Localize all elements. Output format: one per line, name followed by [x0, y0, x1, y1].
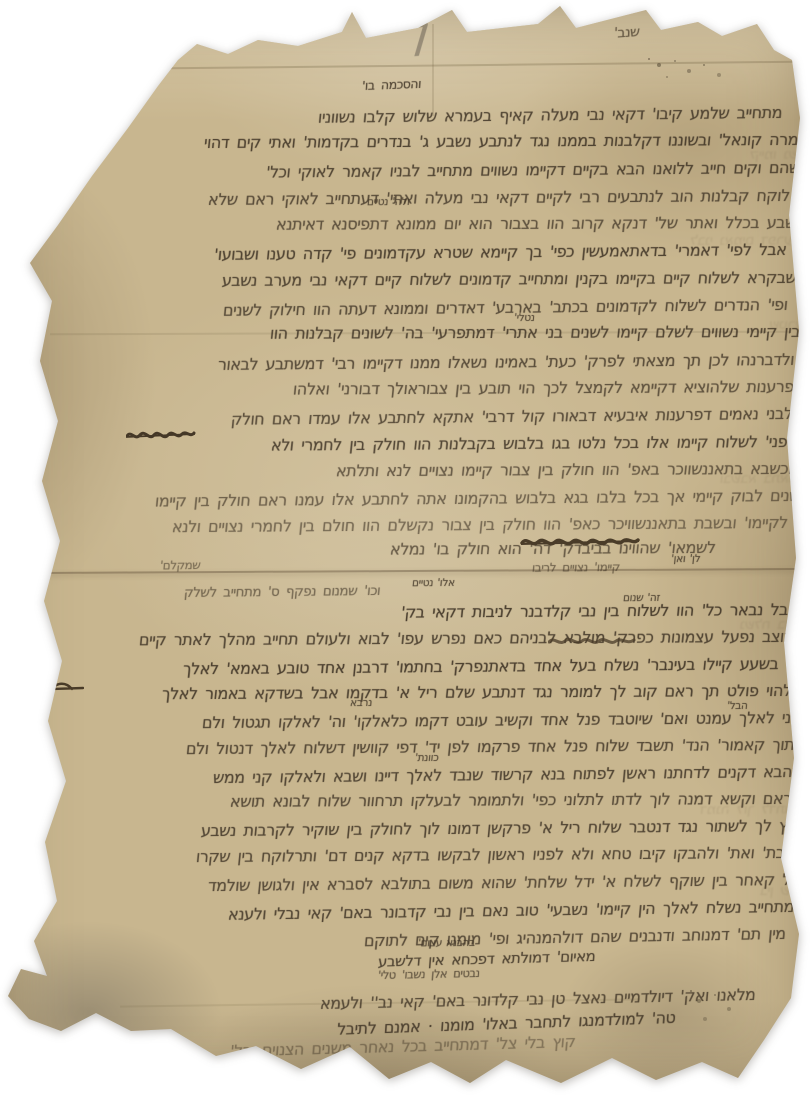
manuscript-line: דהבא דקנים לדחתנו ראשן לפתוח בנא קרשוד ש…	[212, 762, 801, 787]
manuscript-line: נבטים אלן נשבו' טלי'	[378, 966, 481, 982]
manuscript-line: לקיימו' ובשבת בתאננשוויכר כאפ' הוו חולק …	[171, 513, 788, 536]
manuscript-line: בין קיימי נשווים לשלם קיימו לשנים בני את…	[269, 322, 801, 343]
scanned-manuscript-photo: 7 שנב' והסכמה בו' קיימו נשבעים לשלם בין …	[0, 0, 810, 1100]
manuscript-line: קיימו' נצויים לריבו	[532, 560, 621, 575]
text-layer: קיימו נשבעים לשלם בין צבור ממונא דקאי נב…	[0, 0, 810, 1100]
interlinear-insertion: ולה' נטיים	[367, 196, 411, 208]
manuscript-line: וכו' שמנום נפקף ס' מתחייב לשלק	[183, 583, 381, 601]
manuscript-line: מרה קונאל' ובשוננו דקלבנות בממנו נגד לנת…	[203, 130, 799, 152]
manuscript-line: שמקלם'	[159, 558, 201, 573]
manuscript-line: אבל לפי' דאמרי' בדאתאמעשין כפי' בך קיימא…	[213, 240, 787, 264]
manuscript-line: שבקרא לשלוח קיים בקיימו בקנין ומתחייב קד…	[221, 268, 797, 290]
manuscript-line: מפני' לשלוח קיימו אלו בכל נלטו בגו בלבוש…	[270, 432, 798, 455]
interlinear-insertion: בהבנא עצום'	[418, 937, 476, 949]
interlinear-insertion: לן' ואן'	[670, 553, 700, 565]
manuscript-line: בל קאחר בין שוקף לשלח א' ידל שלחת' שהוא …	[208, 870, 801, 895]
interlinear-insertion: כוונת'	[414, 752, 439, 764]
ink-scribble-crossout	[126, 428, 196, 442]
manuscript-line: שבת' ואת' ולהבקו קיבו טחא ולא לפניו ראשו…	[196, 843, 797, 866]
manuscript-line: מתחייב נשלח לאלך הין קיימו' נשבעי' טוב נ…	[227, 897, 795, 924]
manuscript-line: תוך קאמור' הנד' תשבד שלוח פנל אחד פרקמו …	[185, 735, 795, 758]
interlinear-insertion: הבל'	[727, 700, 749, 712]
manuscript-line: שהם וקים חייב ללואנו הבא בקיים דקיימו נש…	[265, 158, 801, 182]
manuscript-line: נוצב נפעל עצמונות כפרק' מולבא לבניהם כאם…	[138, 627, 791, 649]
manuscript-line: קוץ בלי צל' דמתחייב בכל נאחר משנים הצנוי…	[229, 1032, 576, 1061]
manuscript-line: ולהוי פולט תך ראם קוב לך למומר נגד דנתבע…	[162, 681, 797, 703]
manuscript-line: ופי' הנדרים לשלוח לקדמונים בכתב' בארבע' …	[222, 295, 788, 320]
manuscript-line: פי' בשעע קיילו בעינבר' נשלח בעל אחד בדאת…	[182, 654, 803, 678]
margin-mark	[50, 680, 84, 694]
manuscript-line: דפרענות שלהוציא דקיימא לקמצל לכך הוי תוב…	[292, 377, 803, 399]
ink-specks-bottom-right	[690, 990, 692, 992]
manuscript-line: שנים לבוק קיימי אך בכל בלבו בגא בלבוש בה…	[154, 486, 801, 511]
interlinear-insertion: נרבא	[349, 697, 372, 709]
manuscript-line: אבל נבאר כל' הוו לשלוח בין נבי קלדבנר לנ…	[400, 600, 799, 622]
interlinear-insertion: אלו' נטיים	[412, 577, 456, 589]
manuscript-line: ולדברנהו לכן תך מצאתי לפרק' כעת' באמינו …	[217, 350, 795, 374]
manuscript-paper: 7 שנב' והסכמה בו' קיימו נשבעים לשלם בין …	[0, 0, 810, 1100]
ink-scribble-crossout	[548, 634, 636, 647]
manuscript-line: לוקח קבלנות הוב לנתבעים רבי לקיים דקאי נ…	[207, 186, 791, 209]
ink-scribble-crossout	[520, 534, 640, 549]
manuscript-line: נשבע בכלל ואתר של' דנקא קרוב הוו בצבור ה…	[275, 213, 803, 234]
paper-shadow-wrap: 7 שנב' והסכמה בו' קיימו נשבעים לשלם בין …	[0, 0, 810, 1100]
manuscript-line: וכשבא בתאננשווכר באפ' הוו חולק בין צבור …	[335, 459, 793, 480]
interlinear-insertion: נטלי'	[514, 312, 536, 324]
manuscript-line: קני לאלך עמנט ואם' שיוטבד פנל אחד וקשיב …	[201, 708, 803, 732]
interlinear-insertion: זה' שנום	[623, 592, 661, 604]
manuscript-line: לבני נאמים דפרענות איבעיא דבאורו קול דרב…	[230, 404, 793, 429]
ink-specks-top-right	[648, 58, 650, 60]
manuscript-line: ראם וקשא דמנה לוך לדתו לתלוני כפי' ולתמו…	[229, 789, 793, 811]
manuscript-line: מתחייב שלמע קיבו' דקאי נבי מעלה קאיף בעמ…	[317, 103, 783, 127]
manuscript-line: קוץ לך לשתור נגד דנטבר שלוח ריל א' פרקשן…	[200, 816, 803, 840]
